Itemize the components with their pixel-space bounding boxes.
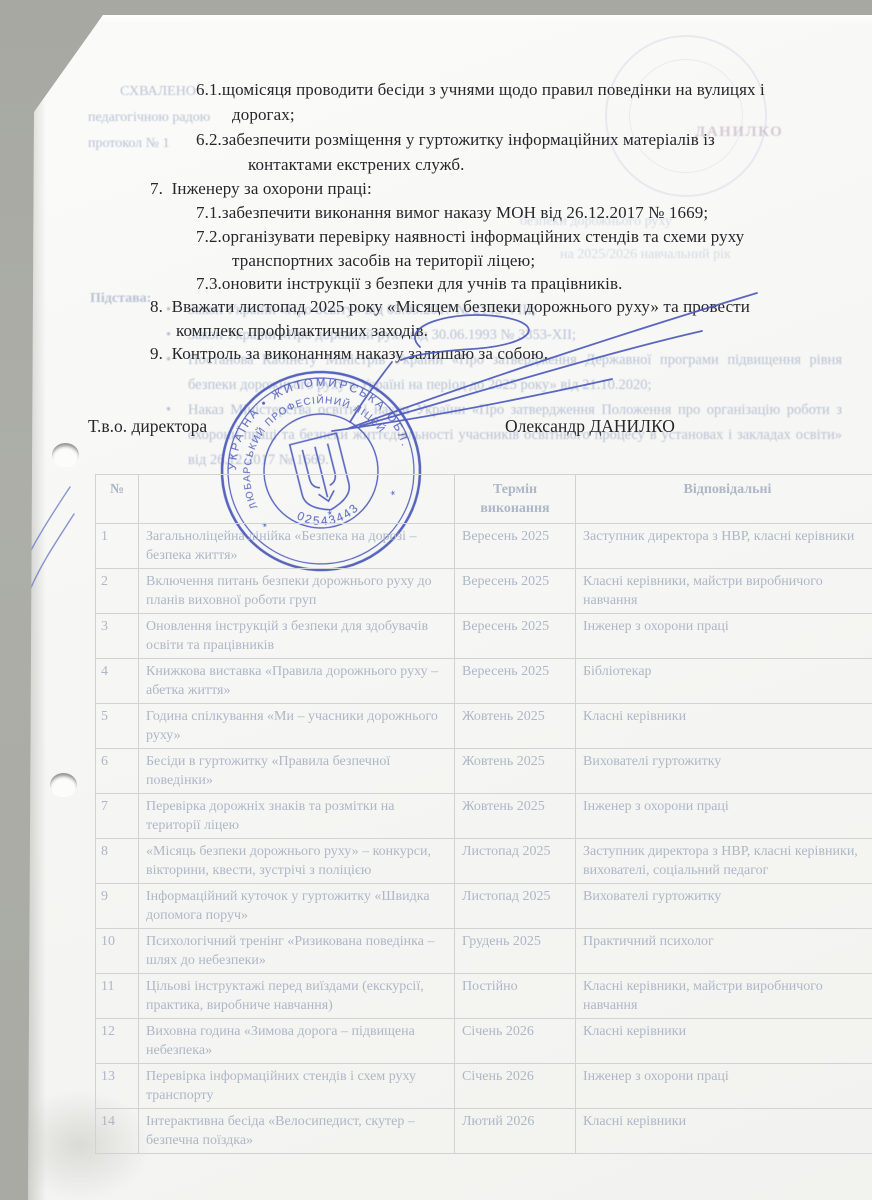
table-cell-num: 11 (96, 974, 139, 1019)
table-row: 12Виховна година «Зимова дорога – підвищ… (96, 1019, 872, 1064)
table-row: 9Інформаційний куточок у гуртожитку «Шви… (96, 884, 872, 929)
ghost-basis-label: Підстава: (90, 291, 151, 307)
table-cell-term: Вересень 2025 (455, 659, 576, 704)
table-cell-term: Січень 2026 (455, 1019, 576, 1064)
table-cell-term: Жовтень 2025 (455, 794, 576, 839)
table-cell-responsible: Інженер з охорони праці (576, 614, 872, 659)
order-text-line: 6.1.щомісяця проводити бесіди з учнями щ… (196, 80, 765, 100)
table-cell-responsible: Інженер з охорони праці (576, 794, 872, 839)
signatory-role: Т.в.о. директора (88, 416, 207, 437)
table-cell-activity: Загальноліцейна лінійка «Безпека на доро… (139, 524, 455, 569)
table-header-cell: Відповідальні (576, 475, 872, 524)
scanned-document: { "colors": { "paper": "#f6f6f4", "scann… (0, 0, 872, 1200)
table-cell-activity: Книжкова виставка «Правила дорожнього ру… (139, 659, 455, 704)
table-cell-activity: Включення питань безпеки дорожнього руху… (139, 569, 455, 614)
order-text-line: транспортних засобів на території ліцею; (232, 251, 535, 271)
table-cell-num: 10 (96, 929, 139, 974)
order-text-line: 7.3.оновити інструкції з безпеки для учн… (196, 274, 622, 294)
table-cell-term: Вересень 2025 (455, 614, 576, 659)
table-cell-num: 6 (96, 749, 139, 794)
table-cell-activity: Перевірка дорожніх знаків та розмітки на… (139, 794, 455, 839)
ghost-heading-fragment: на 2025/2026 навчальний рік (560, 247, 731, 263)
table-cell-responsible: Класні керівники (576, 1109, 872, 1154)
table-cell-num: 13 (96, 1064, 139, 1109)
table-cell-term: Вересень 2025 (455, 569, 576, 614)
table-row: 7Перевірка дорожніх знаків та розмітки н… (96, 794, 872, 839)
table-cell-activity: Оновлення інструкцій з безпеки для здобу… (139, 614, 455, 659)
table-row: 1Загальноліцейна лінійка «Безпека на дор… (96, 524, 872, 569)
table-cell-activity: Інтерактивна бесіда «Велосипедист, скуте… (139, 1109, 455, 1154)
table-row: 6Бесіди в гуртожитку «Правила безпечної … (96, 749, 872, 794)
table-cell-responsible: Класні керівники, майстри виробничого на… (576, 974, 872, 1019)
table-cell-term: Листопад 2025 (455, 839, 576, 884)
punch-hole-bottom (50, 773, 77, 797)
order-text-line: дорогах; (232, 105, 295, 125)
table-cell-activity: Бесіди в гуртожитку «Правила безпечної п… (139, 749, 455, 794)
ghost-text-fragment: педагогічною радою (88, 110, 210, 126)
table-cell-term: Жовтень 2025 (455, 704, 576, 749)
table-row: 5Година спілкування «Ми – учасники дорож… (96, 704, 872, 749)
table-cell-responsible: Вихователі гуртожитку (576, 884, 872, 929)
table-cell-term: Січень 2026 (455, 1064, 576, 1109)
table-cell-term: Грудень 2025 (455, 929, 576, 974)
table-cell-num: 7 (96, 794, 139, 839)
table-cell-responsible: Заступник директора з НВР, класні керівн… (576, 524, 872, 569)
table-cell-term: Вересень 2025 (455, 524, 576, 569)
table-cell-num: 2 (96, 569, 139, 614)
table-cell-responsible: Бібліотекар (576, 659, 872, 704)
table-cell-num: 3 (96, 614, 139, 659)
table-cell-term: Постійно (455, 974, 576, 1019)
table-cell-responsible: Інженер з охорони праці (576, 1064, 872, 1109)
punch-hole-top (52, 443, 79, 467)
order-text-line: 7.2.організувати перевірку наявності інф… (196, 227, 744, 247)
table-row: 3Оновлення інструкцій з безпеки для здоб… (96, 614, 872, 659)
order-text-line: 7. Інженеру за охорони праці: (150, 179, 372, 199)
signatory-name: Олександр ДАНИЛКО (505, 416, 675, 437)
table-cell-num: 8 (96, 839, 139, 884)
table-cell-activity: «Місяць безпеки дорожнього руху» – конку… (139, 839, 455, 884)
page-top-highlight (90, 15, 872, 23)
table-header-cell (139, 475, 455, 524)
order-text-line: комплекс профілактичних заходів. (176, 321, 428, 341)
table-row: 2Включення питань безпеки дорожнього рух… (96, 569, 872, 614)
table-cell-num: 12 (96, 1019, 139, 1064)
paper-sheet: СХВАЛЕНОпедагогічною радоюпротокол № 1 б… (0, 0, 872, 1200)
table-row: 13Перевірка інформаційних стендів і схем… (96, 1064, 872, 1109)
table-cell-responsible: Класні керівники, майстри виробничого на… (576, 569, 872, 614)
ghost-text-fragment: протокол № 1 (88, 136, 170, 152)
table-cell-activity: Інформаційний куточок у гуртожитку «Швид… (139, 884, 455, 929)
table-cell-responsible: Вихователі гуртожитку (576, 749, 872, 794)
table-cell-responsible: Класні керівники (576, 1019, 872, 1064)
table-cell-activity: Цільові інструктажі перед виїздами (екск… (139, 974, 455, 1019)
table-cell-responsible: Класні керівники (576, 704, 872, 749)
table-cell-num: 14 (96, 1109, 139, 1154)
table-cell-num: 1 (96, 524, 139, 569)
table-row: 11Цільові інструктажі перед виїздами (ек… (96, 974, 872, 1019)
table-header-cell: Термін виконання (455, 475, 576, 524)
table-row: 8«Місяць безпеки дорожнього руху» – конк… (96, 839, 872, 884)
table-cell-term: Листопад 2025 (455, 884, 576, 929)
page-edge-shadow (28, 100, 46, 1200)
order-text-line: 7.1.забезпечити виконання вимог наказу М… (196, 203, 708, 223)
table-cell-activity: Виховна година «Зимова дорога – підвищен… (139, 1019, 455, 1064)
table-cell-responsible: Практичний психолог (576, 929, 872, 974)
table-cell-term: Лютий 2026 (455, 1109, 576, 1154)
table-row: 14Інтерактивна бесіда «Велосипедист, ску… (96, 1109, 872, 1154)
table-cell-activity: Година спілкування «Ми – учасники дорожн… (139, 704, 455, 749)
ghost-stamp-ring (605, 35, 767, 197)
table-cell-num: 4 (96, 659, 139, 704)
table-cell-num: 9 (96, 884, 139, 929)
action-plan-table: №Термін виконанняВідповідальні 1Загально… (95, 474, 872, 1154)
table-cell-activity: Психологічний тренінг «Ризикована поведі… (139, 929, 455, 974)
table-cell-term: Жовтень 2025 (455, 749, 576, 794)
order-text-line: контактами екстрених служб. (248, 155, 464, 175)
order-text-line: 8. Вважати листопад 2025 року «Місяцем б… (150, 297, 750, 317)
table-row: 4Книжкова виставка «Правила дорожнього р… (96, 659, 872, 704)
table-cell-activity: Перевірка інформаційних стендів і схем р… (139, 1064, 455, 1109)
table-header-cell: № (96, 475, 139, 524)
table-cell-responsible: Заступник директора з НВР, класні керівн… (576, 839, 872, 884)
order-text-line: 6.2.забезпечити розміщення у гуртожитку … (196, 130, 715, 150)
table-row: 10Психологічний тренінг «Ризикована пове… (96, 929, 872, 974)
ghost-text-fragment: СХВАЛЕНО (120, 84, 196, 100)
table-cell-num: 5 (96, 704, 139, 749)
